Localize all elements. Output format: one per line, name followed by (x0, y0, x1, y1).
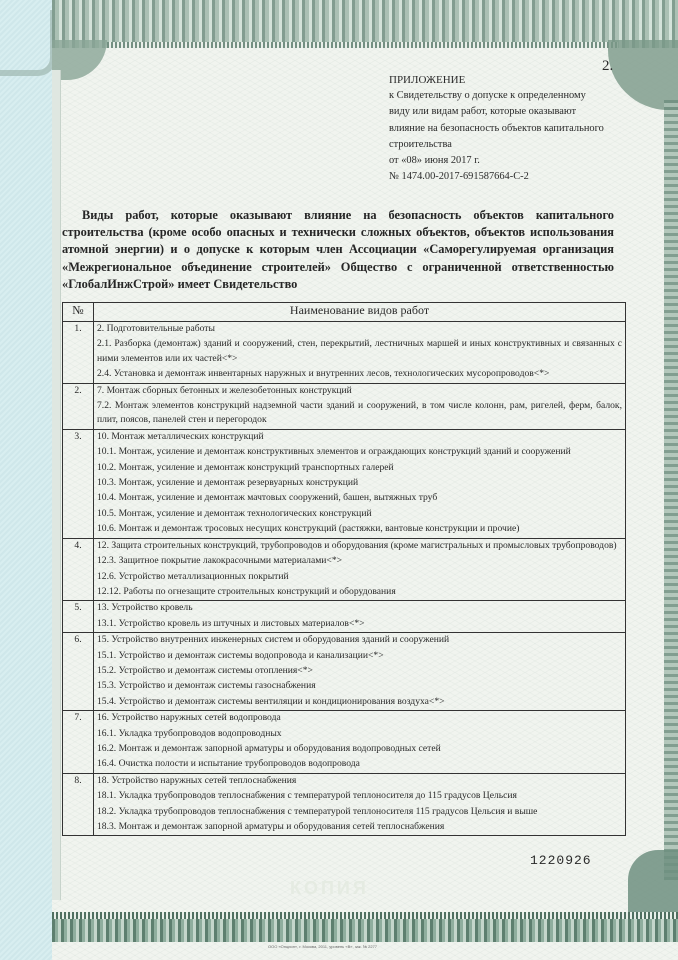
work-item: 2.4. Установка и демонтаж инвентарных на… (94, 367, 625, 382)
work-item: 12.12. Работы по огнезащите строительных… (94, 585, 625, 600)
work-item: 10.2. Монтаж, усиление и демонтаж констр… (94, 461, 625, 476)
appendix-line: к Свидетельству о допуске к определенном… (389, 88, 629, 104)
work-item: 10.5. Монтаж, усиление и демонтаж технол… (94, 507, 625, 522)
work-item: 15.2. Устройство и демонтаж системы отоп… (94, 664, 625, 679)
work-item: 18.1. Укладка трубопроводов теплоснабжен… (94, 789, 625, 804)
work-group-title: 12. Защита строительных конструкций, тру… (94, 539, 625, 554)
work-group-title: 15. Устройство внутренних инженерных сис… (94, 633, 625, 648)
printer-imprint: ООО «Опцион», г. Москва, 2011, уровень «… (268, 944, 377, 949)
appendix-line: влияние на безопасность объектов капитал… (389, 121, 629, 137)
work-group-title: 13. Устройство кровель (94, 601, 625, 616)
table-row: 5.13. Устройство кровель13.1. Устройство… (63, 601, 626, 633)
row-number: 6. (63, 633, 94, 711)
table-row: 6.15. Устройство внутренних инженерных с… (63, 633, 626, 711)
work-item: 10.4. Монтаж, усиление и демонтаж мачтов… (94, 491, 625, 506)
work-item: 18.2. Укладка трубопроводов теплоснабжен… (94, 805, 625, 820)
work-group-title: 16. Устройство наружных сетей водопровод… (94, 711, 625, 726)
row-number: 2. (63, 383, 94, 429)
row-number: 7. (63, 711, 94, 774)
appendix-line: строительства (389, 137, 629, 153)
work-item: 15.1. Устройство и демонтаж системы водо… (94, 649, 625, 664)
work-item: 13.1. Устройство кровель из штучных и ли… (94, 617, 625, 632)
work-group-title: 2. Подготовительные работы (94, 322, 625, 337)
work-types-cell: 18. Устройство наружных сетей теплоснабж… (94, 773, 626, 836)
work-types-cell: 2. Подготовительные работы2.1. Разборка … (94, 322, 626, 384)
appendix-certificate-number: № 1474.00-2017-691587664-С-2 (389, 169, 629, 185)
work-group-title: 10. Монтаж металлических конструкций (94, 430, 625, 445)
appendix-heading: ПРИЛОЖЕНИЕ (389, 72, 629, 88)
appendix-block: ПРИЛОЖЕНИЕ к Свидетельству о допуске к о… (389, 72, 629, 185)
row-number: 8. (63, 773, 94, 836)
ornamental-border-top (52, 0, 678, 48)
work-types-cell: 12. Защита строительных конструкций, тру… (94, 538, 626, 601)
appendix-line: виду или видам работ, которые оказывают (389, 104, 629, 120)
table-row: 1.2. Подготовительные работы2.1. Разборк… (63, 322, 626, 384)
work-types-cell: 16. Устройство наружных сетей водопровод… (94, 711, 626, 774)
work-item: 16.4. Очистка полости и испытание трубоп… (94, 757, 625, 772)
work-group-title: 7. Монтаж сборных бетонных и железобетон… (94, 384, 625, 399)
appendix-date: от «08» июня 2017 г. (389, 153, 629, 169)
row-number: 4. (63, 538, 94, 601)
column-header-name: Наименование видов работ (94, 303, 626, 322)
work-item: 15.4. Устройство и демонтаж системы вент… (94, 695, 625, 710)
ornamental-border-right (664, 100, 678, 880)
table-row: 3.10. Монтаж металлических конструкций10… (63, 429, 626, 538)
works-table: № Наименование видов работ 1.2. Подготов… (62, 302, 626, 836)
row-number: 5. (63, 601, 94, 633)
work-group-title: 18. Устройство наружных сетей теплоснабж… (94, 774, 625, 789)
work-item: 10.1. Монтаж, усиление и демонтаж констр… (94, 445, 625, 460)
work-types-cell: 7. Монтаж сборных бетонных и железобетон… (94, 383, 626, 429)
intro-paragraph: Виды работ, которые оказывают влияние на… (62, 207, 614, 293)
work-item: 18.3. Монтаж и демонтаж запорной арматур… (94, 820, 625, 835)
ornament-frame (0, 10, 56, 76)
table-header-row: № Наименование видов работ (63, 303, 626, 322)
column-header-number: № (63, 303, 94, 322)
table-row: 7.16. Устройство наружных сетей водопров… (63, 711, 626, 774)
work-item: 10.6. Монтаж и демонтаж тросовых несущих… (94, 522, 625, 537)
work-item: 10.3. Монтаж, усиление и демонтаж резерв… (94, 476, 625, 491)
work-item: 16.1. Укладка трубопроводов водопроводны… (94, 727, 625, 742)
work-item: 12.6. Устройство металлизационных покрыт… (94, 570, 625, 585)
copy-watermark: КОПИЯ (290, 878, 369, 899)
work-item: 16.2. Монтаж и демонтаж запорной арматур… (94, 742, 625, 757)
work-item: 12.3. Защитное покрытие лакокрасочными м… (94, 554, 625, 569)
work-item: 7.2. Монтаж элементов конструкций надзем… (94, 399, 625, 429)
row-number: 1. (63, 322, 94, 384)
work-types-cell: 10. Монтаж металлических конструкций10.1… (94, 429, 626, 538)
work-item: 2.1. Разборка (демонтаж) зданий и сооруж… (94, 337, 625, 367)
table-row: 4.12. Защита строительных конструкций, т… (63, 538, 626, 601)
row-number: 3. (63, 429, 94, 538)
works-table-body: 1.2. Подготовительные работы2.1. Разборк… (63, 322, 626, 836)
serial-number: 1220926 (530, 853, 592, 868)
table-row: 2.7. Монтаж сборных бетонных и железобет… (63, 383, 626, 429)
ornamental-border-bottom (52, 912, 678, 942)
ornamental-border-left (52, 70, 61, 900)
work-types-cell: 15. Устройство внутренних инженерных сис… (94, 633, 626, 711)
table-row: 8.18. Устройство наружных сетей теплосна… (63, 773, 626, 836)
work-types-cell: 13. Устройство кровель13.1. Устройство к… (94, 601, 626, 633)
work-item: 15.3. Устройство и демонтаж системы газо… (94, 679, 625, 694)
